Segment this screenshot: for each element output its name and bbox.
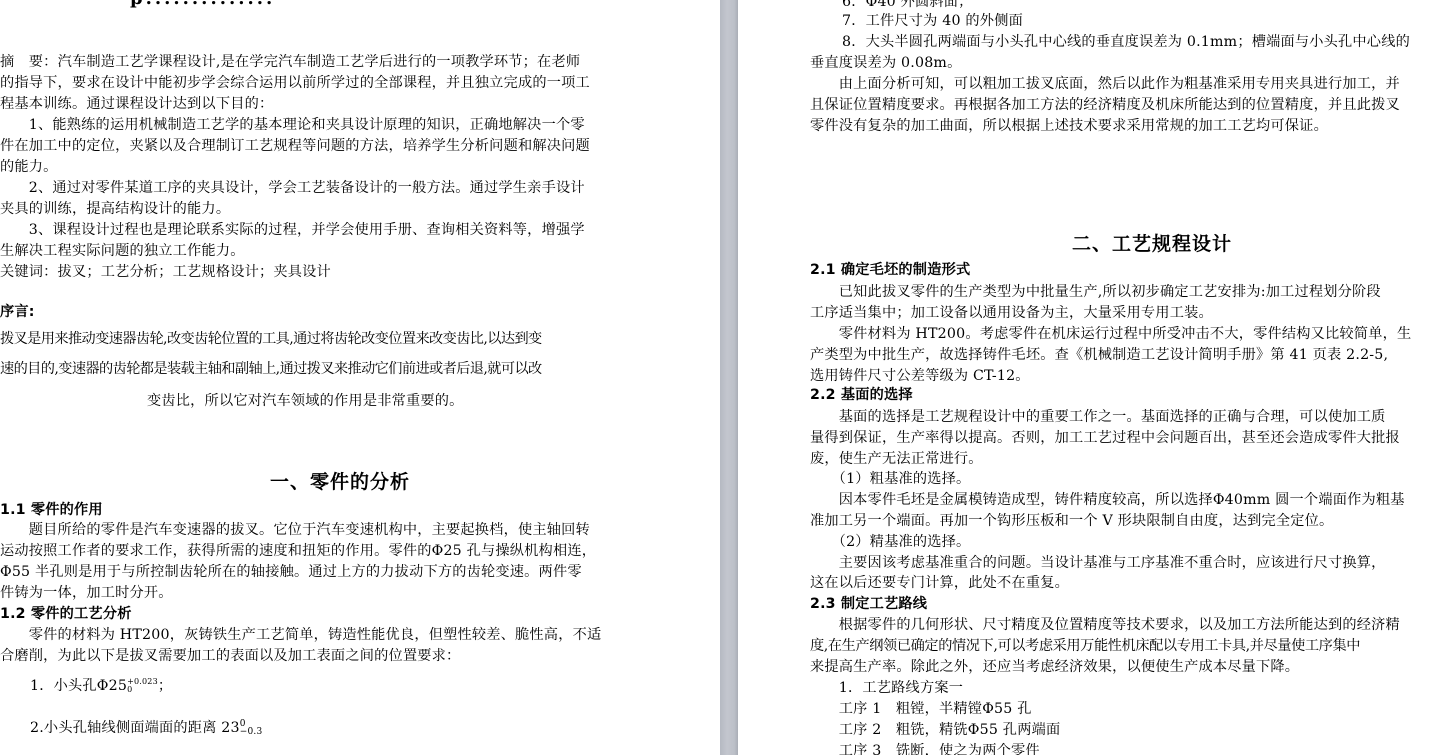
preface-line: 速的目的,变速器的齿轮都是装载主轴和副轴上,通过拨叉来推动它们前进或者后退,就可… [0,359,542,380]
document-page-right: 6．Φ40 外圆斜面； 7．工件尺寸为 40 的外侧面 8．大头半圆孔两端面与小… [738,0,1448,755]
body-line: 产类型为中批生产，故选择铸件毛坯。查《机械制造工艺设计简明手册》第 41 页表 … [810,345,1388,366]
tolerance: 0−0.3 [240,720,263,736]
abstract-item: 2、通过对零件某道工序的夹具设计，学会工艺装备设计的一般方法。通过学生亲手设计 [0,178,585,199]
list-item: 7．工件尺寸为 40 的外侧面 [842,11,1023,32]
abstract-item: 1、能熟练的运用机械制造工艺学的基本理论和夹具设计原理的知识，正确地解决一个零 [0,115,585,136]
body-line: 零件没有复杂的加工曲面，所以根据上述技术要求采用常规的加工工艺均可保证。 [810,116,1328,137]
preface-heading: 序言: [0,302,35,323]
body-line: 运动按照工作者的要求工作，获得所需的速度和扭矩的作用。零件的Φ25 孔与操纵机构… [0,541,596,562]
abstract-item: 3、课程设计过程也是理论联系实际的过程，并学会使用手册、查询相关资料等，增强学 [0,220,585,241]
body-line: （2）精基准的选择。 [810,532,970,553]
abstract-line-3: 程基本训练。通过课程设计达到以下目的： [0,94,273,115]
body-line: 工序适当集中；加工设备以通用设备为主，大量采用专用工装。 [810,303,1213,324]
body-line: 合磨削，为此以下是拔叉需要加工的表面以及加工表面之间的位置要求： [0,646,460,667]
body-line: 根据零件的几何形状、尺寸精度及位置精度等技术要求，以及加工方法所能达到的经济精 [810,615,1400,636]
abstract-label: 摘 要： [0,54,58,70]
cut-off-title: p.............. [130,0,275,9]
keywords: 关键词：拔叉；工艺分析；工艺规格设计；夹具设计 [0,262,331,283]
body-line: 基面的选择是工艺规程设计中的重要工作之一。基面选择的正确与合理，可以使加工质 [810,407,1386,428]
section-heading: 2.2 基面的选择 [810,385,913,406]
preface-line: 拨叉是用来推动变速器齿轮,改变齿轮位置的工具,通过将齿轮改变位置来改变齿比,以达… [0,329,542,350]
body-line: 来提高生产率。除此之外，还应当考虑经济效果，以便使生产成本尽量下降。 [810,657,1299,678]
requirement-1: 1．小头孔Φ25+0.0230； [30,676,172,697]
body-line: 主要因该考虑基准重合的问题。当设计基准与工序基准不重合时，应该进行尺寸换算， [810,553,1386,574]
body-line: 准加工另一个端面。再加一个钩形压板和一个 V 形块限制自由度，达到完全定位。 [810,511,1333,532]
abstract-item: 夹具的训练，提高结构设计的能力。 [0,199,230,220]
tolerance: +0.0230 [127,678,158,694]
section-heading: 2.1 确定毛坯的制造形式 [810,260,970,281]
body-line: 因本零件毛坯是金属模铸造成型，铸件精度较高，所以选择Φ40mm 圆一个端面作为粗… [810,490,1405,511]
body-line: 零件的材料为 HT200，灰铸铁生产工艺简单，铸造性能优良，但塑性较差、脆性高，… [0,625,601,646]
body-line: 件铸为一体，加工时分开。 [0,583,173,604]
requirement-2: 2.小头孔轴线侧面端面的距离 230−0.3 [30,718,262,739]
preface-line: 变齿比，所以它对汽车领域的作用是非常重要的。 [147,391,464,412]
body-line: 题目所给的零件是汽车变速器的拔叉。它位于汽车变速机构中，主要起换档，使主轴回转 [0,520,590,541]
body-line: 工序 3 铣断，使之为两个零件 [810,741,1040,755]
section-heading: 1.2 零件的工艺分析 [0,604,132,625]
abstract-item: 件在加工中的定位，夹紧以及合理制订工艺规程等问题的方法，培养学生分析问题和解决问… [0,136,590,157]
chapter-title: 一、零件的分析 [270,467,410,494]
body-line: 工序 1 粗镗，半精镗Φ55 孔 [810,699,1032,720]
body-line: 选用铸件尺寸公差等级为 CT-12。 [810,366,1030,387]
body-line: 垂直度误差为 0.08m。 [810,53,961,74]
abstract-item: 生解决工程实际问题的独立工作能力。 [0,241,245,262]
body-line: 1．工艺路线方案一 [810,678,963,699]
body-line: 度,在生产纲领已确定的情况下,可以考虑采用万能性机床配以专用工卡具,并尽量使工序… [810,636,1360,657]
body-line: Φ55 半孔则是用于与所控制齿轮所在的轴接触。通过上方的力拔动下方的齿轮变速。两… [0,562,582,583]
body-line: 由上面分析可知，可以粗加工拔叉底面，然后以此作为粗基准采用专用夹具进行加工，并 [810,74,1400,95]
list-item: 8．大头半圆孔两端面与小头孔中心线的垂直度误差为 0.1mm；槽端面与小头孔中心… [842,32,1410,53]
body-line: 已知此拔叉零件的生产类型为中批量生产,所以初步确定工艺安排为:加工过程划分阶段 [810,282,1381,303]
chapter-title: 二、工艺规程设计 [1072,229,1232,256]
abstract-line-1: 摘 要：汽车制造工艺学课程设计,是在学完汽车制造工艺学后进行的一项教学环节；在老… [0,52,580,73]
body-line: 工序 2 粗铣，精铣Φ55 孔两端面 [810,720,1060,741]
abstract-item: 的能力。 [0,157,58,178]
body-line: 且保证位置精度要求。再根据各加工方法的经济精度及机床所能达到的位置精度，并且此拨… [810,95,1400,116]
page-gutter [720,0,738,755]
abstract-line-2: 的指导下，要求在设计中能初步学会综合运用以前所学过的全部课程，并且独立完成的一项… [0,73,590,94]
body-line: （1）粗基准的选择。 [810,469,970,490]
document-page-left: p.............. 摘 要：汽车制造工艺学课程设计,是在学完汽车制造… [0,0,720,755]
body-line: 量得到保证，生产率得以提高。否则，加工工艺过程中会问题百出，甚至还会造成零件大批… [810,428,1400,449]
body-line: 这在以后还要专门计算，此处不在重复。 [810,573,1069,594]
section-heading: 2.3 制定工艺路线 [810,594,927,615]
section-heading: 1.1 零件的作用 [0,500,103,521]
body-line: 废，使生产无法正常进行。 [810,449,983,470]
body-line: 零件材料为 HT200。考虑零件在机床运行过程中所受冲击不大，零件结构又比较简单… [810,324,1411,345]
